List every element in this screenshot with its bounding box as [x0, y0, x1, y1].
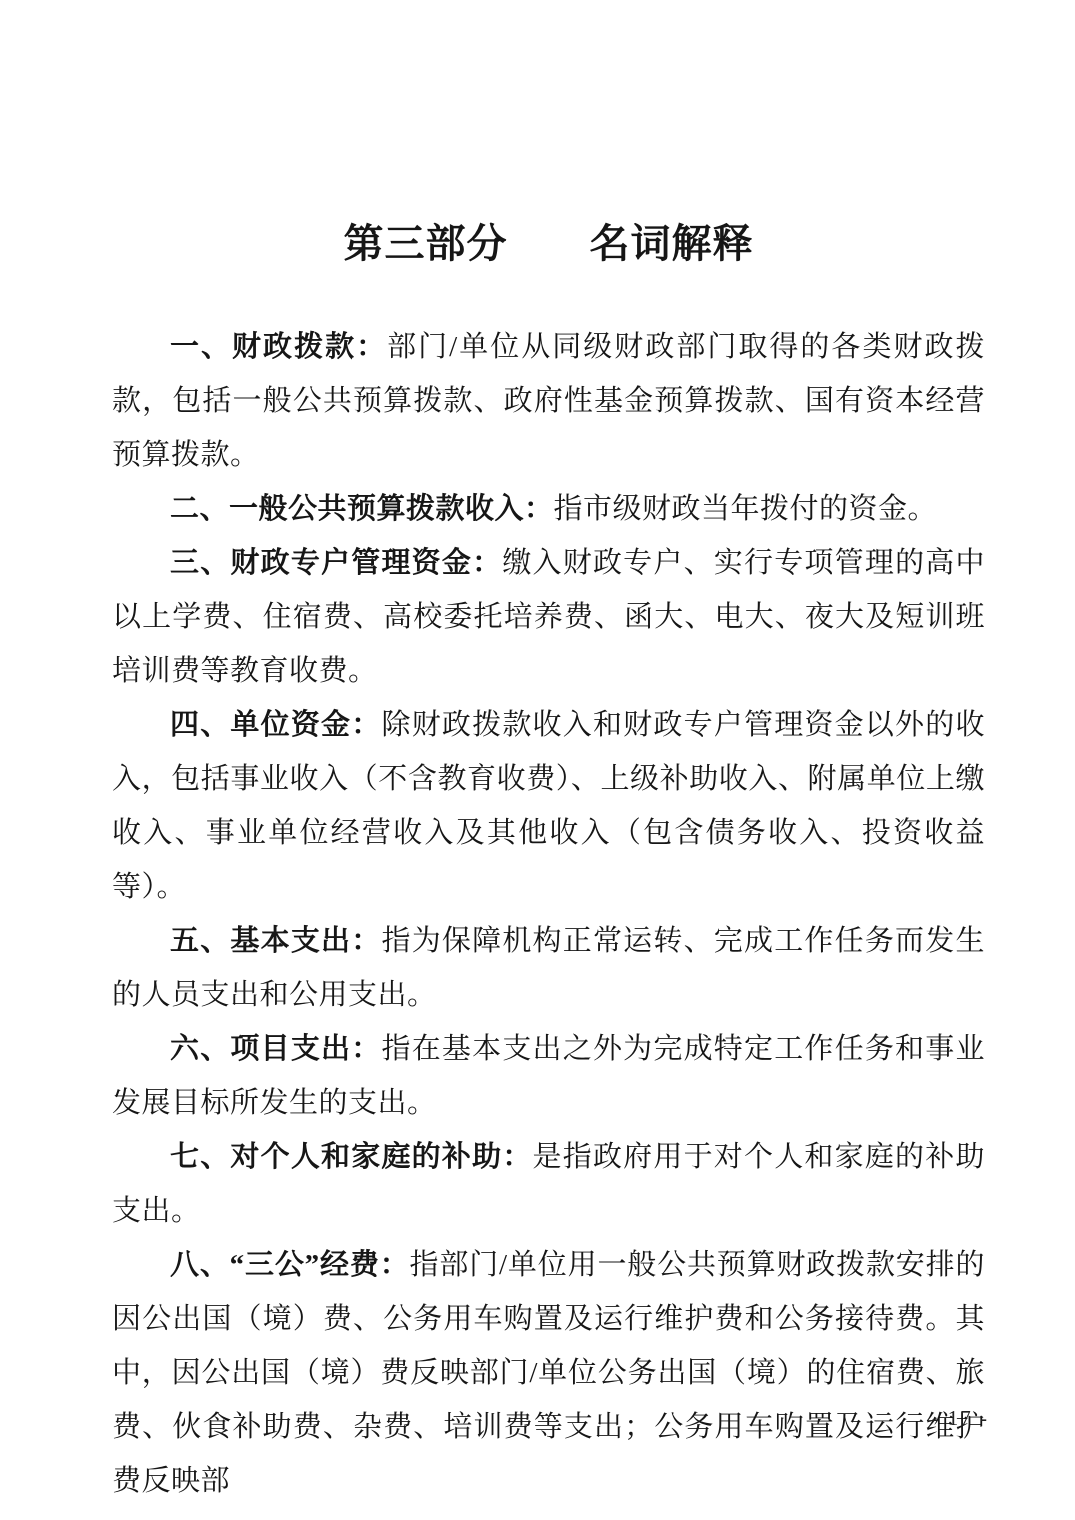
- definition-paragraph: 七、对个人和家庭的补助：是指政府用于对个人和家庭的补助支出。: [112, 1130, 985, 1238]
- definition-paragraph: 二、一般公共预算拨款收入：指市级财政当年拨付的资金。: [112, 482, 985, 536]
- definition-text: 指市级财政当年拨付的资金。: [554, 493, 938, 525]
- term-lead: 四、单位资金：: [170, 709, 381, 741]
- definition-paragraph: 三、财政专户管理资金：缴入财政专户、实行专项管理的高中以上学费、住宿费、高校委托…: [112, 536, 985, 698]
- definition-text: 指部门/单位用一般公共预算财政拨款安排的因公出国（境）费、公务用车购置及运行维护…: [112, 1249, 985, 1497]
- document-title: 第三部分 名词解释: [112, 212, 985, 269]
- page-number: - 17 -: [932, 1406, 990, 1431]
- term-lead: 六、项目支出：: [170, 1033, 381, 1065]
- definition-paragraph: 六、项目支出：指在基本支出之外为完成特定工作任务和事业发展目标所发生的支出。: [112, 1022, 985, 1130]
- definition-paragraph: 一、财政拨款：部门/单位从同级财政部门取得的各类财政拨款，包括一般公共预算拨款、…: [112, 320, 985, 482]
- definition-paragraph: 四、单位资金：除财政拨款收入和财政专户管理资金以外的收入，包括事业收入（不含教育…: [112, 698, 985, 914]
- term-lead: 八、“三公”经费：: [170, 1249, 410, 1281]
- term-lead: 五、基本支出：: [170, 925, 381, 957]
- term-lead: 七、对个人和家庭的补助：: [170, 1141, 533, 1173]
- term-lead: 二、一般公共预算拨款收入：: [170, 493, 554, 525]
- definition-paragraph: 五、基本支出：指为保障机构正常运转、完成工作任务而发生的人员支出和公用支出。: [112, 914, 985, 1022]
- document-page: 第三部分 名词解释 一、财政拨款：部门/单位从同级财政部门取得的各类财政拨款，包…: [0, 0, 1075, 1520]
- document-body: 一、财政拨款：部门/单位从同级财政部门取得的各类财政拨款，包括一般公共预算拨款、…: [112, 320, 985, 1508]
- term-lead: 一、财政拨款：: [170, 331, 387, 363]
- term-lead: 三、财政专户管理资金：: [170, 547, 502, 579]
- definition-paragraph: 八、“三公”经费：指部门/单位用一般公共预算财政拨款安排的因公出国（境）费、公务…: [112, 1238, 985, 1508]
